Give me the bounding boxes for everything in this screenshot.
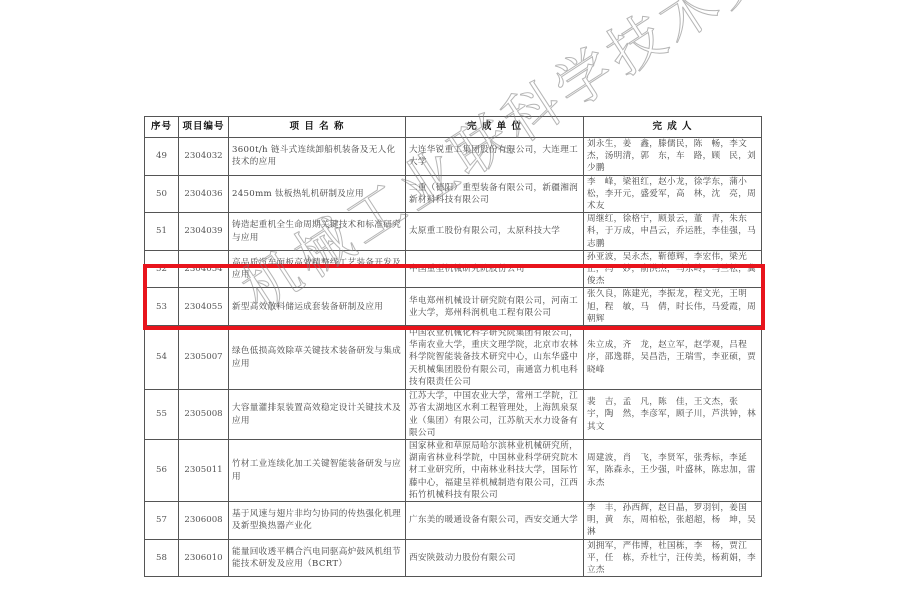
project-code: 2304054 [179, 250, 229, 288]
completion-people: 刘永生，姜 鑫，滕儒民，陈 畅，李文杰，汤明清，郭 东，车 路，顾 民，刘少鹏 [584, 138, 762, 176]
header-people: 完 成 人 [584, 117, 762, 138]
completion-people: 李 峰，梁祖红，赵小龙，徐学东，蒲小松，李开元，盛爱军，高 林，沈 亮，周术友 [584, 175, 762, 213]
table-row: 562305011竹材工业连续化加工关键智能装备研发与应用国家林业和草原局哈尔滨… [145, 440, 762, 502]
project-code: 2304039 [179, 213, 229, 251]
completion-unit: 广东美的暖通设备有限公司，西安交通大学 [406, 502, 584, 540]
project-name: 绿色低损高效除草关键技术装备研发与集成应用 [229, 326, 406, 390]
row-number: 56 [145, 440, 179, 502]
table-header-row: 序号 项目编号 项 目 名 称 完 成 单 位 完 成 人 [145, 117, 762, 138]
completion-people: 孙亚波，吴永杰，靳德辉，李宏伟，梁光正，冯 妙，俞洪杰，马东岭，马兰松，冀俊杰 [584, 250, 762, 288]
project-name: 能量回收透平耦合汽电同驱高炉鼓风机组节能技术研发及应用（BCRT） [229, 539, 406, 577]
table-row: 4923040323600t/h 链斗式连续卸船机装备及无人化技术的应用大连华锐… [145, 138, 762, 176]
row-number: 49 [145, 138, 179, 176]
row-number: 51 [145, 213, 179, 251]
project-name: 高品质汽车面板高效精整线工艺装备开发及应用 [229, 250, 406, 288]
project-code: 2304055 [179, 288, 229, 326]
completion-unit: 中国重型机械研究院股份公司 [406, 250, 584, 288]
header-code: 项目编号 [179, 117, 229, 138]
row-number: 54 [145, 326, 179, 390]
completion-people: 周继红，徐格宁，顾景云，董 青，朱东科，于万成，申昌云，乔运胜，李佳强，马志鹏 [584, 213, 762, 251]
completion-unit: 国家林业和草原局哈尔滨林业机械研究所，湖南省林业科学院，中国林业科学研究院木材工… [406, 440, 584, 502]
completion-people: 裴 吉，孟 凡，陈 佳，王文杰，张 宇，陶 然，李彦军，顾子川，芦洪钟，林其文 [584, 390, 762, 440]
row-number: 58 [145, 539, 179, 577]
completion-unit: 江苏大学，中国农业大学，常州工学院，江苏省太湖地区水利工程管理处，上海凯泉泵业（… [406, 390, 584, 440]
completion-unit: 华电郑州机械设计研究院有限公司，河南工业大学，郑州科润机电工程有限公司 [406, 288, 584, 326]
table-row: 542305007绿色低损高效除草关键技术装备研发与集成应用中国农业机械化科学研… [145, 326, 762, 390]
completion-people: 朱立成，齐 龙，赵立军，赵学观，吕程序，邵逸群，吴昌浩，王瑞雪，李亚硕，贾晓峰 [584, 326, 762, 390]
completion-unit: 中国农业机械化科学研究院集团有限公司，华南农业大学，重庆文理学院，北京市农林科学… [406, 326, 584, 390]
header-unit: 完 成 单 位 [406, 117, 584, 138]
completion-unit: 二重（德阳）重型装备有限公司，新疆湘润新材料科技有限公司 [406, 175, 584, 213]
project-name: 2450mm 钛板热轧机研制及应用 [229, 175, 406, 213]
award-table: 序号 项目编号 项 目 名 称 完 成 单 位 完 成 人 4923040323… [144, 116, 762, 577]
completion-unit: 西安陕鼓动力股份有限公司 [406, 539, 584, 577]
table-row: 522304054高品质汽车面板高效精整线工艺装备开发及应用中国重型机械研究院股… [145, 250, 762, 288]
completion-unit: 大连华锐重工集团股份有限公司，大连理工大学 [406, 138, 584, 176]
completion-people: 周建波，肖 飞，李贤军，张秀标，李延军，陈森永，王少强，叶盛林，陈忠加，雷永杰 [584, 440, 762, 502]
table-row: 572306008基于风速与翅片非均匀协同的传热强化机理及新型换热器产业化广东美… [145, 502, 762, 540]
table-row: 532304055新型高效散料储运成套装备研制及应用华电郑州机械设计研究院有限公… [145, 288, 762, 326]
table-row: 552305008大容量灌排泵装置高效稳定设计关键技术及应用江苏大学，中国农业大… [145, 390, 762, 440]
row-number: 55 [145, 390, 179, 440]
project-code: 2306010 [179, 539, 229, 577]
header-project-name: 项 目 名 称 [229, 117, 406, 138]
table-row: 5023040362450mm 钛板热轧机研制及应用二重（德阳）重型装备有限公司… [145, 175, 762, 213]
table-row: 582306010能量回收透平耦合汽电同驱高炉鼓风机组节能技术研发及应用（BCR… [145, 539, 762, 577]
completion-unit: 太原重工股份有限公司，太原科技大学 [406, 213, 584, 251]
project-name: 铸造起重机全生命周期关键技术和标准研究与应用 [229, 213, 406, 251]
project-code: 2305008 [179, 390, 229, 440]
project-code: 2304032 [179, 138, 229, 176]
project-code: 2305007 [179, 326, 229, 390]
completion-people: 李 丰，孙西辉，赵日晶，罗羽钊，姜国明，黄 东，周柏松，张超超，杨 坤，吴 淋 [584, 502, 762, 540]
row-number: 50 [145, 175, 179, 213]
completion-people: 刘拥军，严伟博，杜国栋，李 杨，贾江平，任 栋，乔杜宁，汪传美，杨莉娟，李立杰 [584, 539, 762, 577]
project-name: 基于风速与翅片非均匀协同的传热强化机理及新型换热器产业化 [229, 502, 406, 540]
project-code: 2306008 [179, 502, 229, 540]
project-name: 3600t/h 链斗式连续卸船机装备及无人化技术的应用 [229, 138, 406, 176]
header-no: 序号 [145, 117, 179, 138]
project-name: 大容量灌排泵装置高效稳定设计关键技术及应用 [229, 390, 406, 440]
project-code: 2305011 [179, 440, 229, 502]
row-number: 53 [145, 288, 179, 326]
row-number: 57 [145, 502, 179, 540]
project-name: 新型高效散料储运成套装备研制及应用 [229, 288, 406, 326]
table-row: 512304039铸造起重机全生命周期关键技术和标准研究与应用太原重工股份有限公… [145, 213, 762, 251]
completion-people: 张久良，陈建光，李振龙，程文光，王明旭，程 敏，马 倩，时长伟，马爱霞，周朝辉 [584, 288, 762, 326]
project-code: 2304036 [179, 175, 229, 213]
row-number: 52 [145, 250, 179, 288]
document-page: 序号 项目编号 项 目 名 称 完 成 单 位 完 成 人 4923040323… [0, 0, 900, 602]
project-name: 竹材工业连续化加工关键智能装备研发与应用 [229, 440, 406, 502]
